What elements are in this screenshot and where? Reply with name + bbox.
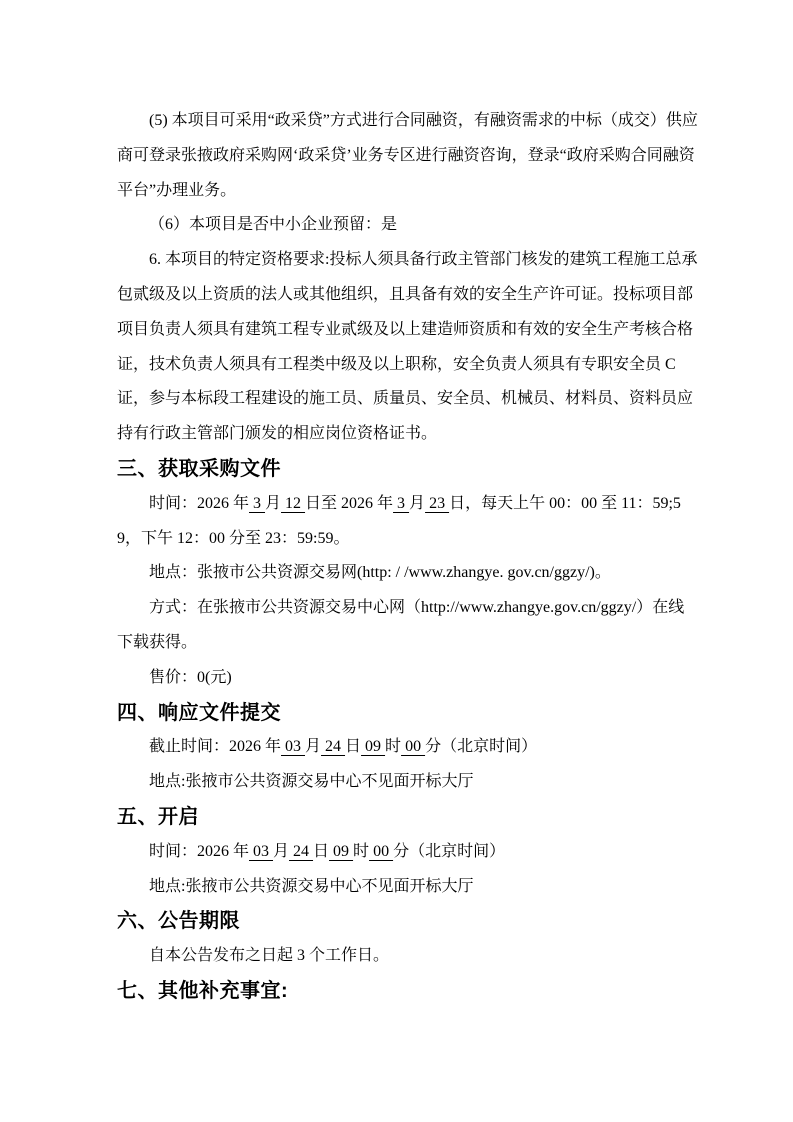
- underlined-month-field: 3: [393, 495, 409, 512]
- text-segment: 月: [305, 738, 321, 755]
- text-segment: 月: [273, 843, 289, 860]
- text-segment: 时间：2026 年: [149, 495, 249, 512]
- text-segment: 分（北京时间）: [393, 843, 505, 860]
- underlined-minute-field: 00: [401, 738, 425, 755]
- heading-section-3-acquire-documents: 三、获取采购文件: [117, 452, 700, 487]
- para-price: 售价：0(元): [117, 661, 700, 696]
- heading-section-7-other-matters: 七、其他补充事宜:: [117, 974, 700, 1009]
- text-segment: 时间：2026 年: [149, 843, 249, 860]
- underlined-month-field: 03: [281, 738, 305, 755]
- text-segment: 时: [353, 843, 369, 860]
- para-submission-deadline: 截止时间：2026 年 03 月 24 日 09 时 00 分（北京时间）: [117, 730, 700, 765]
- text-segment: 分（北京时间）: [425, 738, 537, 755]
- underlined-day-field: 24: [289, 843, 313, 860]
- heading-section-5-opening: 五、开启: [117, 800, 700, 835]
- para-submission-location: 地点:张掖市公共资源交易中心不见面开标大厅: [117, 765, 700, 800]
- underlined-day-field: 23: [425, 495, 449, 512]
- para-acquire-location: 地点：张掖市公共资源交易网(http: / /www.zhangye. gov.…: [117, 556, 700, 591]
- text-segment: 月: [265, 495, 281, 512]
- para-opening-time: 时间：2026 年 03 月 24 日 09 时 00 分（北京时间）: [117, 835, 700, 870]
- text-segment: 月: [409, 495, 425, 512]
- heading-section-4-response-submission: 四、响应文件提交: [117, 696, 700, 731]
- underlined-hour-field: 09: [361, 738, 385, 755]
- text-segment: 时: [385, 738, 401, 755]
- underlined-month-field: 03: [249, 843, 273, 860]
- para-acquire-method: 方式：在张掖市公共资源交易中心网（http://www.zhangye.gov.…: [117, 591, 700, 661]
- para-qualification: 6. 本项目的特定资格要求:投标人须具备行政主管部门核发的建筑工程施工总承包贰级…: [117, 243, 700, 452]
- para-announcement-period: 自本公告发布之日起 3 个工作日。: [117, 939, 700, 974]
- heading-section-6-announcement-period: 六、公告期限: [117, 904, 700, 939]
- underlined-hour-field: 09: [329, 843, 353, 860]
- text-segment: 日: [345, 738, 361, 755]
- para-sme-reserve: （6）本项目是否中小企业预留：是: [117, 208, 700, 243]
- para-financing: (5) 本项目可采用“政采贷”方式进行合同融资，有融资需求的中标（成交）供应商可…: [117, 104, 700, 208]
- underlined-minute-field: 00: [369, 843, 393, 860]
- text-segment: 日至 2026 年: [305, 495, 393, 512]
- text-segment: 截止时间：2026 年: [149, 738, 281, 755]
- text-segment: 日: [313, 843, 329, 860]
- para-acquire-time: 时间：2026 年 3 月 12 日至 2026 年 3 月 23 日，每天上午…: [117, 487, 700, 557]
- para-opening-location: 地点:张掖市公共资源交易中心不见面开标大厅: [117, 870, 700, 905]
- document-page: (5) 本项目可采用“政采贷”方式进行合同融资，有融资需求的中标（成交）供应商可…: [0, 0, 793, 1122]
- underlined-day-field: 12: [281, 495, 305, 512]
- underlined-day-field: 24: [321, 738, 345, 755]
- underlined-month-field: 3: [249, 495, 265, 512]
